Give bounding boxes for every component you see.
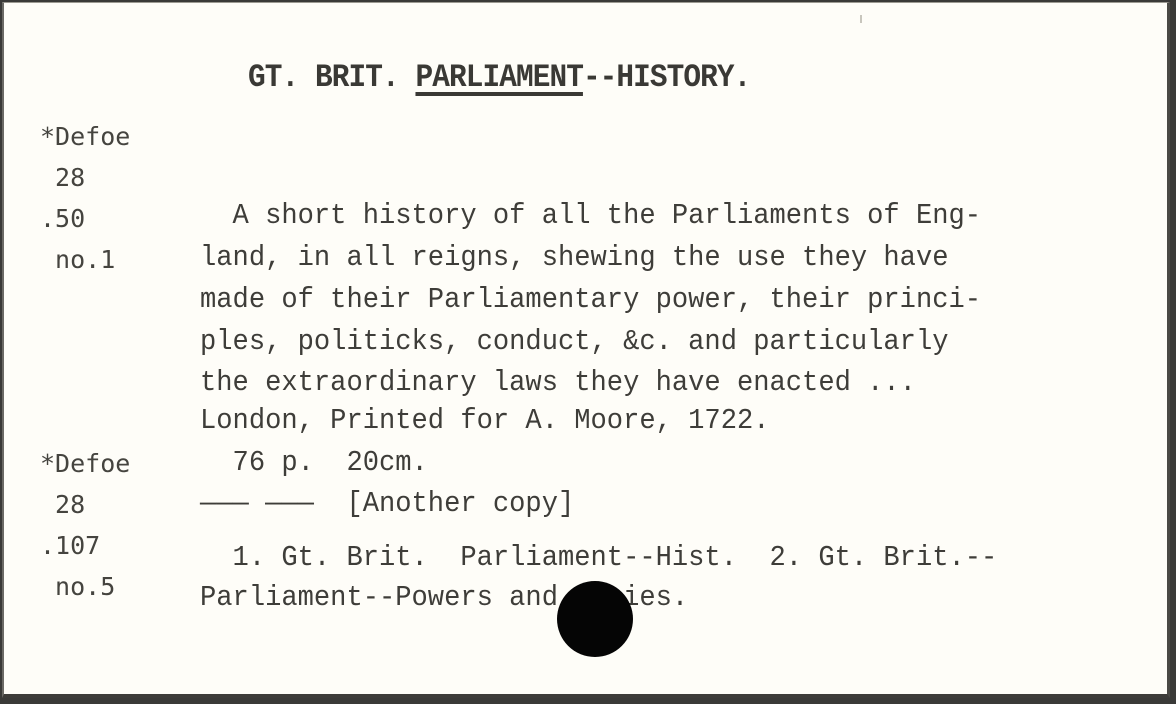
call-number-1: *Defoe 28.50 no.1 bbox=[40, 116, 130, 280]
call-number-line: no.5 bbox=[40, 566, 130, 607]
call-number-line: *Defoe bbox=[40, 443, 130, 484]
call-number-line: 28 bbox=[40, 484, 130, 525]
another-copy-line: ——— ——— [Another copy] bbox=[200, 487, 574, 521]
tracing-line: 1. Gt. Brit. Parliament--Hist. 2. Gt. Br… bbox=[200, 541, 997, 575]
description-line: made of their Parliamentary power, their… bbox=[200, 283, 981, 317]
description-line: land, in all reigns, shewing the use the… bbox=[200, 241, 948, 275]
call-number-line: *Defoe bbox=[40, 116, 130, 157]
description-line: ples, politicks, conduct, &c. and partic… bbox=[200, 325, 948, 359]
catalog-card: GT. BRIT. PARLIAMENT--HISTORY. *Defoe 28… bbox=[2, 2, 1170, 698]
subject-heading: GT. BRIT. PARLIAMENT--HISTORY. bbox=[248, 59, 750, 96]
call-number-line: .50 bbox=[40, 198, 130, 239]
heading-underlined-term: PARLIAMENT bbox=[415, 59, 582, 96]
description-line: A short history of all the Parliaments o… bbox=[200, 199, 981, 233]
heading-prefix: GT. BRIT. bbox=[248, 59, 415, 96]
description-line: London, Printed for A. Moore, 1722. bbox=[200, 404, 770, 438]
call-number-line: 28 bbox=[40, 157, 130, 198]
paper-speck bbox=[860, 15, 862, 23]
call-number-line: .107 bbox=[40, 525, 130, 566]
call-number-line: no.1 bbox=[40, 239, 130, 280]
heading-suffix: --HISTORY. bbox=[583, 59, 750, 96]
description-line: the extraordinary laws they have enacted… bbox=[200, 366, 916, 400]
collation-line: 76 p. 20cm. bbox=[200, 446, 428, 480]
call-number-2: *Defoe 28.107 no.5 bbox=[40, 443, 130, 607]
punch-hole bbox=[557, 581, 633, 657]
